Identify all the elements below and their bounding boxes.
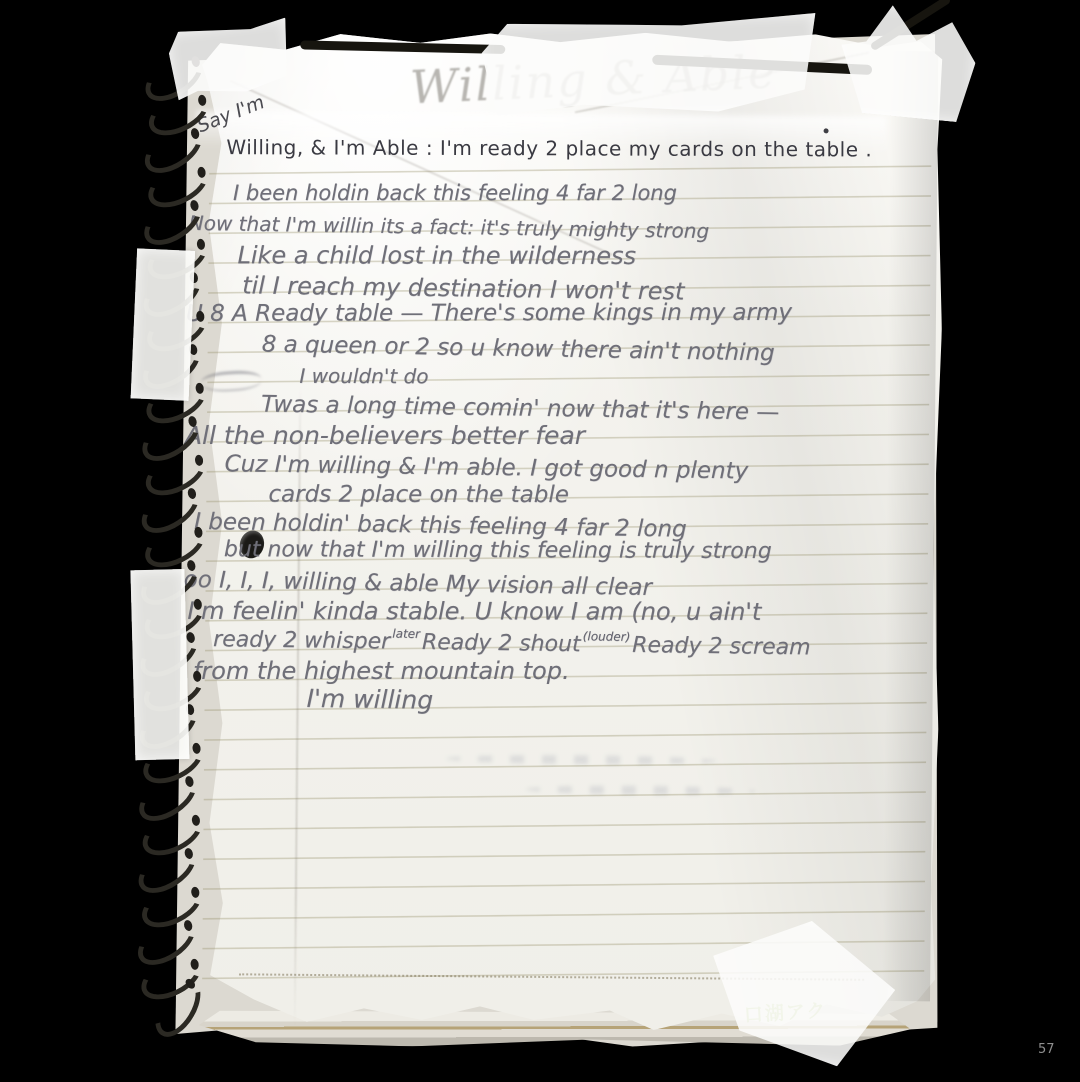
book-page-number: 57 bbox=[1038, 1042, 1055, 1057]
lyric-line: from the highest mountain top. bbox=[193, 657, 570, 685]
tape-piece bbox=[131, 248, 195, 400]
lyric-line: I been holdin back this feeling 4 far 2 … bbox=[233, 181, 677, 205]
spiral-notebook: Willing & Able Say I'm Willing, & I'm Ab… bbox=[143, 15, 952, 1066]
inserted-annotation: later bbox=[390, 627, 422, 641]
lyric-line: cards 2 place on the table bbox=[268, 482, 569, 509]
lyric-line: I'm feelin' kinda stable. U know I am (n… bbox=[187, 597, 761, 626]
lyric-line: Willing, & I'm Able : I'm ready 2 place … bbox=[226, 135, 872, 161]
photo-background: Willing & Able Say I'm Willing, & I'm Ab… bbox=[0, 0, 1080, 1082]
lyric-line: All the non-believers better fear bbox=[185, 421, 585, 450]
page-edge-shadow bbox=[882, 51, 938, 1001]
inserted-annotation: (louder) bbox=[581, 629, 633, 644]
lyric-segment: Ready 2 shout bbox=[422, 630, 581, 657]
lyric-line: I wouldn't do bbox=[299, 364, 428, 388]
lyric-line: Like a child lost in the wilderness bbox=[237, 241, 636, 270]
lyric-segment: Ready 2 scream bbox=[632, 633, 811, 660]
lyric-line: but now that I'm willing this feeling is… bbox=[224, 537, 772, 564]
lyric-segment: ready 2 whisper bbox=[213, 627, 390, 654]
pencil-dot bbox=[824, 128, 829, 133]
lyric-line: I'm willing bbox=[306, 684, 433, 715]
lyric-line: U 8 A Ready table — There's some kings i… bbox=[186, 300, 792, 327]
tape-piece bbox=[130, 569, 189, 760]
